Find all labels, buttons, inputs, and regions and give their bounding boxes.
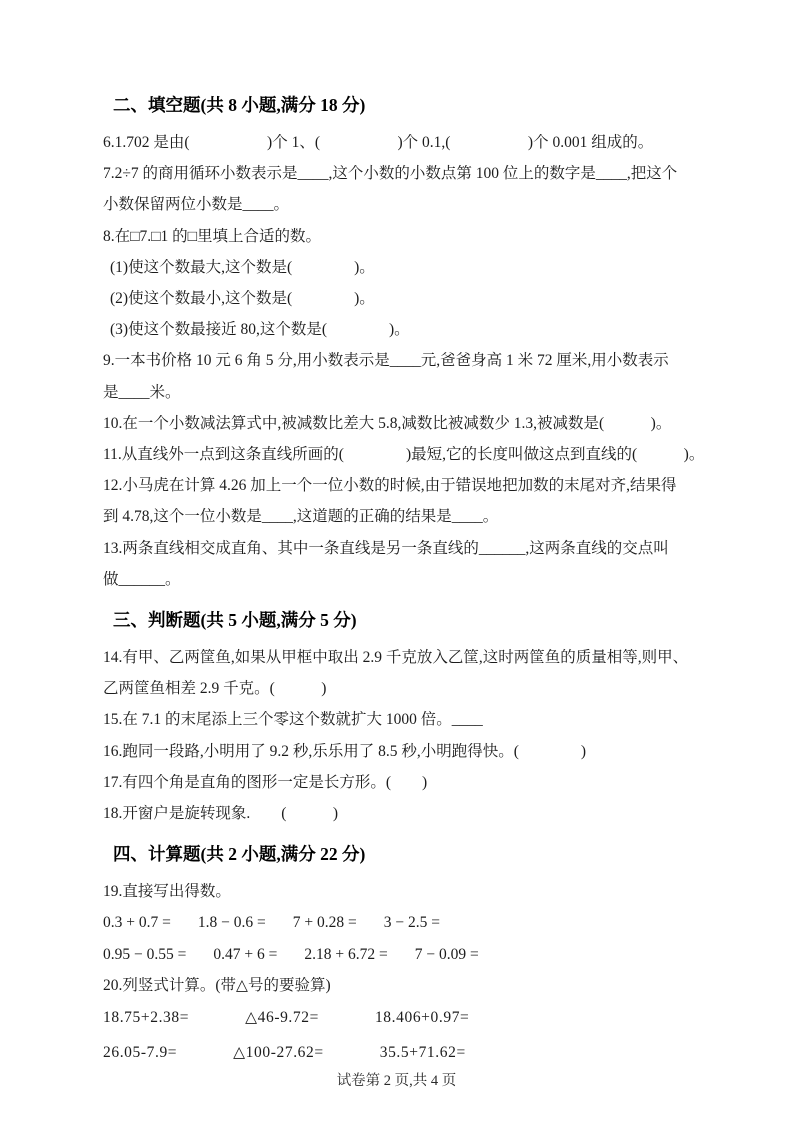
math-expression: 7 + 0.28 =: [293, 907, 357, 938]
math-expression: 0.47 + 6 =: [213, 939, 277, 970]
math-expression: 26.05-7.9=: [103, 1036, 177, 1071]
question-line: 16.跑同一段路,小明用了 9.2 秒,乐乐用了 8.5 秒,小明跑得快。( ): [103, 736, 703, 767]
expression-row: 26.05-7.9=△100-27.62=35.5+71.62=: [103, 1036, 703, 1071]
math-expression: 18.75+2.38=: [103, 1001, 189, 1036]
question-line: 到 4.78,这个一位小数是____,这道题的正确的结果是____。: [103, 501, 703, 532]
question-line: 乙两筐鱼相差 2.9 千克。( ): [103, 673, 703, 704]
math-expression: 0.3 + 0.7 =: [103, 907, 171, 938]
question-line: 9.一本书价格 10 元 6 角 5 分,用小数表示是____元,爸爸身高 1 …: [103, 345, 703, 376]
question-line: 小数保留两位小数是____。: [103, 189, 703, 220]
question-line: 6.1.702 是由( )个 1、( )个 0.1,( )个 0.001 组成的…: [103, 127, 703, 158]
sub-question-line: (2)使这个数最小,这个数是( )。: [103, 283, 703, 314]
math-expression: 18.406+0.97=: [375, 1001, 469, 1036]
math-expression: 0.95 − 0.55 =: [103, 939, 186, 970]
question-line: 20.列竖式计算。(带△号的要验算): [103, 970, 703, 1001]
question-line: 做______。: [103, 564, 703, 595]
expression-row: 0.3 + 0.7 =1.8 − 0.6 =7 + 0.28 =3 − 2.5 …: [103, 907, 703, 938]
section-heading-calculation: 四、计算题(共 2 小题,满分 22 分): [103, 841, 703, 867]
question-line: 14.有甲、乙两筐鱼,如果从甲框中取出 2.9 千克放入乙筐,这时两筐鱼的质量相…: [103, 642, 703, 673]
sections: 二、填空题(共 8 小题,满分 18 分)6.1.702 是由( )个 1、( …: [103, 92, 703, 1070]
math-expression: △46-9.72=: [245, 1001, 319, 1036]
page-footer: 试卷第 2 页,共 4 页: [0, 1069, 793, 1090]
sub-question-line: (1)使这个数最大,这个数是( )。: [103, 252, 703, 283]
sub-question-line: (3)使这个数最接近 80,这个数是( )。: [103, 314, 703, 345]
question-line: 10.在一个小数减法算式中,被减数比差大 5.8,减数比被减数少 1.3,被减数…: [103, 408, 703, 439]
question-line: 12.小马虎在计算 4.26 加上一个一位小数的时候,由于错误地把加数的末尾对齐…: [103, 470, 703, 501]
math-expression: 1.8 − 0.6 =: [198, 907, 266, 938]
question-line: 7.2÷7 的商用循环小数表示是____,这个小数的小数点第 100 位上的数字…: [103, 158, 703, 189]
question-line: 17.有四个角是直角的图形一定是长方形。( ): [103, 767, 703, 798]
expression-row: 18.75+2.38=△46-9.72=18.406+0.97=: [103, 1001, 703, 1036]
question-line: 11.从直线外一点到这条直线所画的( )最短,它的长度叫做这点到直线的( )。: [103, 439, 703, 470]
math-expression: 35.5+71.62=: [380, 1036, 466, 1071]
math-expression: △100-27.62=: [233, 1036, 324, 1071]
question-line: 19.直接写出得数。: [103, 876, 703, 907]
question-line: 8.在□7.□1 的□里填上合适的数。: [103, 221, 703, 252]
question-line: 13.两条直线相交成直角、其中一条直线是另一条直线的______,这两条直线的交…: [103, 533, 703, 564]
math-expression: 3 − 2.5 =: [384, 907, 440, 938]
exam-page: 二、填空题(共 8 小题,满分 18 分)6.1.702 是由( )个 1、( …: [0, 0, 793, 1122]
expression-row: 0.95 − 0.55 =0.47 + 6 =2.18 + 6.72 =7 − …: [103, 939, 703, 970]
section-heading-fill-in-the-blank: 二、填空题(共 8 小题,满分 18 分): [103, 92, 703, 118]
math-expression: 2.18 + 6.72 =: [304, 939, 387, 970]
question-line: 15.在 7.1 的末尾添上三个零这个数就扩大 1000 倍。____: [103, 704, 703, 735]
section-heading-true-or-false: 三、判断题(共 5 小题,满分 5 分): [103, 607, 703, 633]
math-expression: 7 − 0.09 =: [415, 939, 479, 970]
question-line: 18.开窗户是旋转现象. ( ): [103, 798, 703, 829]
question-line: 是____米。: [103, 377, 703, 408]
